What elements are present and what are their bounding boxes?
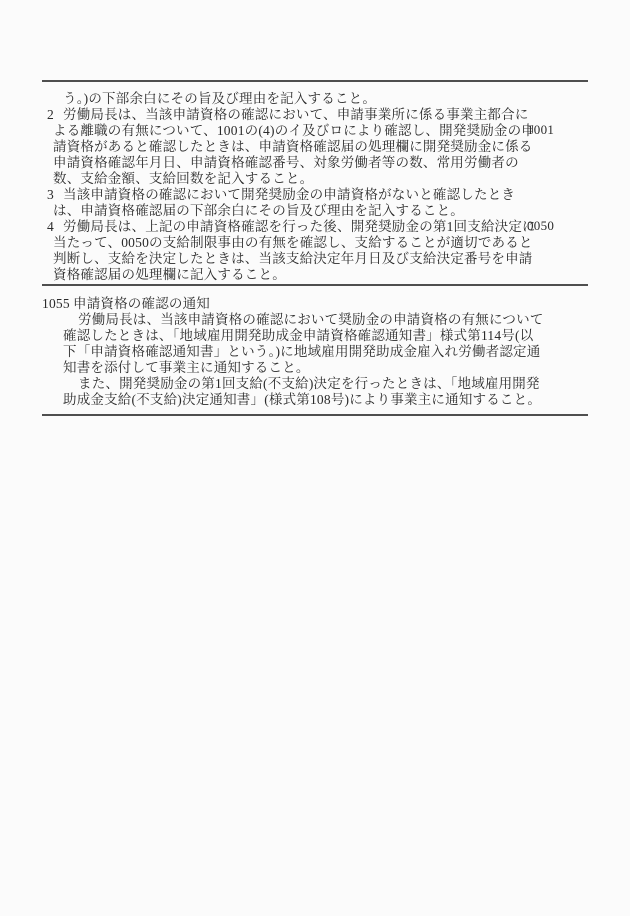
- text-line: 知書を添付して事業主に通知すること。: [0, 360, 630, 376]
- line-text: 資格確認届の処理欄に記入すること。: [53, 267, 286, 282]
- section-heading-line: 1055申請資格の確認の通知: [0, 296, 630, 312]
- text-line: 判断し、支給を決定したときは、当該支給決定年月日及び支給決定番号を申請: [0, 251, 630, 267]
- line-text: よる離職の有無について、1001の(4)のイ及びロにより確認し、開発奨励金の申: [53, 123, 535, 138]
- text-line: 下「申請資格確認通知書」という。)に地域雇用開発助成金雇入れ労働者認定通: [0, 344, 630, 360]
- text-line: 労働局長は、当該申請資格の確認において奨励金の申請資格の有無について: [0, 312, 630, 328]
- text-line: う。)の下部余白にその旨及び理由を記入すること。: [0, 91, 630, 107]
- text-line: 当たって、0050の支給制限事由の有無を確認し、支給することが適切であると: [0, 235, 630, 251]
- horizontal-rule-middle: [42, 284, 588, 286]
- line-text: 確認したときは、「地域雇用開発助成金申請資格確認通知書」様式第114号(以: [63, 328, 533, 343]
- margin-reference-1001: 1001: [527, 122, 554, 138]
- item-number: 2: [47, 107, 63, 123]
- text-line: また、開発奨励金の第1回支給(不支給)決定を行ったときは、「地域雇用開発: [0, 376, 630, 392]
- line-text: 判断し、支給を決定したときは、当該支給決定年月日及び支給決定番号を申請: [53, 251, 533, 266]
- section-continuation-block: う。)の下部余白にその旨及び理由を記入すること。 2労働局長は、当該申請資格の確…: [0, 91, 630, 283]
- text-line: 請資格があると確認したときは、申請資格確認届の処理欄に開発奨励金に係る: [0, 139, 630, 155]
- line-text: 労働局長は、上記の申請資格確認を行った後、開発奨励金の第1回支給決定に: [63, 219, 536, 234]
- horizontal-rule-top: [42, 80, 588, 82]
- text-line: 助成金支給(不支給)決定通知書」(様式第108号)により事業主に通知すること。: [0, 392, 630, 408]
- list-item-line: 2労働局長は、当該申請資格の確認において、申請事業所に係る事業主都合に: [0, 107, 630, 123]
- horizontal-rule-bottom: [42, 414, 588, 416]
- line-text: う。)の下部余白にその旨及び理由を記入すること。: [63, 91, 376, 106]
- line-text: 知書を添付して事業主に通知すること。: [63, 360, 310, 375]
- section-1055-block: 1055申請資格の確認の通知 労働局長は、当該申請資格の確認において奨励金の申請…: [0, 296, 630, 408]
- line-text: 当たって、0050の支給制限事由の有無を確認し、支給することが適切であると: [53, 235, 533, 250]
- text-line: 申請資格確認年月日、申請資格確認番号、対象労働者等の数、常用労働者の: [0, 155, 630, 171]
- line-text: 数、支給金額、支給回数を記入すること。: [53, 171, 313, 186]
- item-number: 4: [47, 219, 63, 235]
- line-text: 請資格があると確認したときは、申請資格確認届の処理欄に開発奨励金に係る: [53, 139, 533, 154]
- text-line: 数、支給金額、支給回数を記入すること。: [0, 171, 630, 187]
- margin-reference-0050: 0050: [527, 218, 554, 234]
- list-item-line: 3当該申請資格の確認において開発奨励金の申請資格がないと確認したとき: [0, 187, 630, 203]
- line-text: 労働局長は、当該申請資格の確認において奨励金の申請資格の有無について: [78, 312, 544, 327]
- text-line: 確認したときは、「地域雇用開発助成金申請資格確認通知書」様式第114号(以: [0, 328, 630, 344]
- item-number: 3: [47, 187, 63, 203]
- text-line: は、申請資格確認届の下部余白にその旨及び理由を記入すること。: [0, 203, 630, 219]
- line-text: 当該申請資格の確認において開発奨励金の申請資格がないと確認したとき: [63, 187, 515, 202]
- text-line: 資格確認届の処理欄に記入すること。: [0, 267, 630, 283]
- line-text: 申請資格確認年月日、申請資格確認番号、対象労働者等の数、常用労働者の: [53, 155, 519, 170]
- document-page: う。)の下部余白にその旨及び理由を記入すること。 2労働局長は、当該申請資格の確…: [0, 0, 630, 916]
- line-text: は、申請資格確認届の下部余白にその旨及び理由を記入すること。: [53, 203, 464, 218]
- line-text: 助成金支給(不支給)決定通知書」(様式第108号)により事業主に通知すること。: [63, 392, 541, 407]
- section-number: 1055: [42, 296, 73, 312]
- section-title: 申請資格の確認の通知: [73, 296, 210, 311]
- line-text: また、開発奨励金の第1回支給(不支給)決定を行ったときは、「地域雇用開発: [78, 376, 540, 391]
- line-text: 下「申請資格確認通知書」という。)に地域雇用開発助成金雇入れ労働者認定通: [63, 344, 540, 359]
- line-text: 労働局長は、当該申請資格の確認において、申請事業所に係る事業主都合に: [63, 107, 529, 122]
